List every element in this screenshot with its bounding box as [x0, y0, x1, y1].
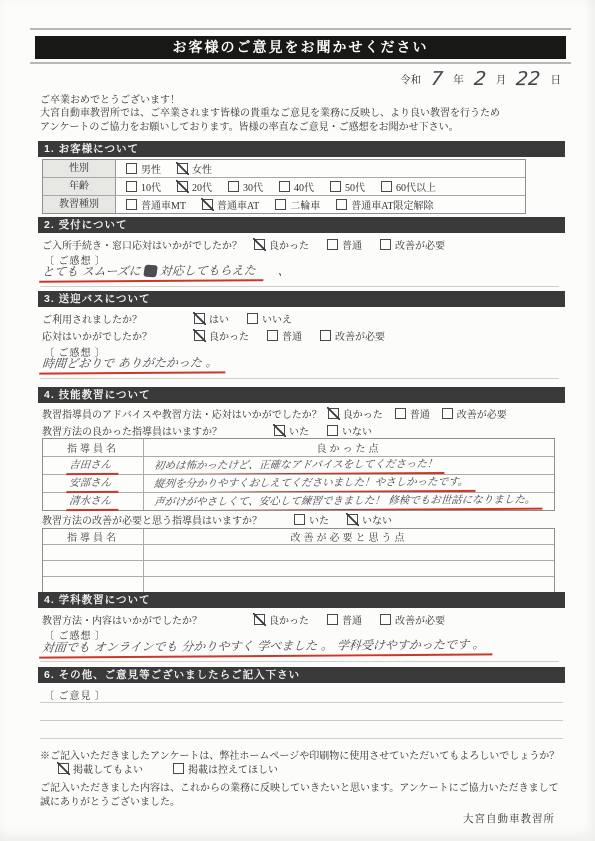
date-month-value: 2: [473, 68, 487, 90]
publication-permission-options: 掲載してもよい掲載は控えてほしい: [58, 761, 308, 776]
choice-改善が必要: 改善が必要: [442, 406, 507, 421]
comment-text: 対応してもらえた: [159, 263, 256, 278]
choice-男性: 男性: [126, 161, 161, 176]
checked-checkbox-icon: [194, 330, 205, 341]
choice-label: いた: [289, 423, 309, 438]
date-day-unit: 日: [551, 72, 562, 87]
skill-improve-question: 教習方法の改善が必要と思う指導員はいますか？: [42, 512, 282, 527]
checked-checkbox-icon: [347, 514, 358, 525]
choice-label: 二輪車: [290, 197, 320, 212]
choice-40代: 40代: [279, 179, 314, 194]
choice-label: 20代: [192, 179, 212, 194]
empty-checkbox-icon: [381, 181, 392, 192]
choice-普通車AT限定解除: 普通車AT限定解除: [336, 197, 433, 212]
date-line: 令和 7 年 2 月 22 日: [400, 66, 561, 88]
comment-cell: [144, 545, 554, 560]
academic-comment-area: 対面でも オンラインでも 分かりやすく 学べました 。 学科受けやすかったです …: [40, 637, 559, 662]
choice-良かった: 良かった: [254, 237, 309, 252]
choice-改善が必要: 改善が必要: [320, 328, 385, 343]
academic-options: 良かった普通改善が必要: [254, 612, 463, 627]
choice-普通: 普通: [327, 237, 362, 252]
table-row: [43, 576, 554, 592]
section-heading-skill: 4. 技能教習について: [38, 387, 565, 403]
attribute-options: 10代20代30代40代50代60代以上: [116, 178, 452, 195]
intro-line: 大宮自動車教習所では、ご卒業されます皆様の貴重なご意見を業務に反映し、より良い教…: [40, 107, 563, 120]
skill-advice-line: 教習指導員のアドバイスや教習方法・応対はいかがでしたか？ 良かった普通改善が必要: [42, 406, 563, 421]
shuttle-use-question: ご利用されましたか？: [42, 311, 182, 326]
comment-cell: 声がけがやさしくて、安心して練習できました！ 修検でもお世話になりました。: [144, 493, 554, 510]
section-heading-shuttle: 3. 送迎バスについて: [38, 291, 565, 307]
column-header-name: 指導員名: [43, 529, 144, 544]
empty-checkbox-icon: [320, 330, 331, 341]
section-heading-reception: 2. 受付について: [38, 217, 565, 233]
choice-label: 30代: [243, 179, 263, 194]
checked-checkbox-icon: [177, 181, 188, 192]
comment-cell: 縦列を分かりやすくおしえてくださいました！やさしかったです。: [144, 475, 554, 492]
comment-text: とても スムーズに: [41, 264, 141, 279]
academic-question-line: 教習方法・内容はいかがでしたか？ 良かった普通改善が必要: [42, 612, 563, 627]
choice-label: 改善が必要: [335, 328, 385, 343]
empty-checkbox-icon: [279, 181, 290, 192]
table-row: [43, 544, 554, 560]
shuttle-use-line: ご利用されましたか？ はいいいえ: [42, 311, 563, 326]
shuttle-service-question: 応対はいかがでしたか？: [42, 328, 182, 343]
attribute-options: 普通車MT普通車AT二輪車普通車AT限定解除: [116, 196, 449, 213]
choice-二輪車: 二輪車: [275, 197, 320, 212]
checked-checkbox-icon: [328, 408, 339, 419]
attribute-options: 男性女性: [116, 160, 228, 177]
attribute-label: 性別: [43, 160, 116, 177]
school-signature: 大宮自動車教習所: [463, 811, 555, 826]
choice-掲載してもよい: 掲載してもよい: [58, 761, 143, 776]
choice-label: 改善が必要: [395, 612, 445, 627]
choice-label: 40代: [294, 179, 314, 194]
choice-label: 50代: [345, 179, 365, 194]
choice-label: 良かった: [343, 406, 383, 421]
checked-checkbox-icon: [202, 199, 213, 210]
choice-いた: いた: [274, 423, 309, 438]
reception-question: ご入所手続き・窓口応対はいかがでしたか？: [42, 237, 242, 252]
table-row: 清水さん声がけがやさしくて、安心して練習できました！ 修検でもお世話になりました…: [43, 492, 554, 510]
table-row: [43, 560, 554, 576]
skill-improve-line: 教習方法の改善が必要と思う指導員はいますか？ いたいない: [42, 512, 563, 527]
choice-label: 普通車MT: [141, 197, 186, 212]
date-year-unit: 年: [453, 72, 464, 87]
shuttle-service-options: 良かった普通改善が必要: [194, 328, 403, 343]
choice-良かった: 良かった: [254, 612, 309, 627]
closing-text: ご記入いただきました内容は、これからの業務に反映していきたいと思います。アンケー…: [40, 782, 563, 809]
empty-checkbox-icon: [126, 199, 137, 210]
empty-checkbox-icon: [327, 239, 338, 250]
choice-label: はい: [209, 311, 229, 326]
empty-checkbox-icon: [380, 614, 391, 625]
empty-checkbox-icon: [126, 181, 137, 192]
empty-checkbox-icon: [267, 330, 278, 341]
good-instructor-table: 指導員名良かった点吉田さん初めは怖かったけど、正確なアドバイスをしてくださった！…: [42, 438, 555, 511]
table-row: 安部さん縦列を分かりやすくおしえてくださいました！やさしかったです。: [43, 474, 554, 492]
shuttle-service-line: 応対はいかがでしたか？ 良かった普通改善が必要: [42, 328, 563, 343]
empty-checkbox-icon: [395, 408, 406, 419]
checked-checkbox-icon: [194, 313, 205, 324]
choice-普通車MT: 普通車MT: [126, 197, 186, 212]
choice-label: 10代: [141, 179, 161, 194]
empty-checkbox-icon: [275, 199, 286, 210]
comment-cell: [144, 577, 554, 592]
choice-label: 掲載してもよい: [73, 761, 143, 776]
column-header-name: 指導員名: [43, 439, 144, 456]
date-era-label: 令和: [400, 72, 421, 87]
empty-checkbox-icon: [330, 181, 341, 192]
choice-いない: いない: [347, 512, 392, 527]
intro-text: ご卒業おめでとうございます！ 大宮自動車教習所では、ご卒業されます皆様の貴重なご…: [40, 94, 563, 134]
choice-label: 60代以上: [396, 179, 436, 194]
choice-label: 女性: [192, 161, 212, 176]
skill-advice-question: 教習指導員のアドバイスや教習方法・応対はいかがでしたか？: [42, 406, 322, 421]
choice-普通: 普通: [327, 612, 362, 627]
empty-checkbox-icon: [247, 313, 258, 324]
choice-30代: 30代: [228, 179, 263, 194]
choice-label: 掲載は控えてほしい: [188, 761, 278, 776]
table-header-row: 指導員名改善が必要と思う点: [43, 529, 554, 544]
ruled-line: [40, 702, 563, 703]
empty-checkbox-icon: [442, 408, 453, 419]
instructor-name-cell: [43, 545, 144, 560]
choice-label: 普通: [342, 612, 362, 627]
choice-普通: 普通: [267, 328, 302, 343]
skill-good-options: いたいない: [274, 423, 390, 438]
attribute-label: 教習種別: [43, 196, 116, 213]
reception-options: 良かった普通改善が必要: [254, 237, 463, 252]
intro-line: アンケートのご協力をお願いしております。皆様の率直なご意見・ご感想をお聞かせ下さ…: [40, 121, 563, 134]
reception-question-line: ご入所手続き・窓口応対はいかがでしたか？ 良かった普通改善が必要: [42, 237, 563, 252]
choice-女性: 女性: [177, 161, 212, 176]
section-heading-other: 6. その他、ご意見等ございましたらご記入下さい: [38, 667, 565, 683]
shuttle-use-options: はいいいえ: [194, 311, 310, 326]
date-day-value: 22: [515, 68, 541, 90]
instructor-name-cell: 清水さん: [43, 493, 144, 510]
choice-いいえ: いいえ: [247, 311, 292, 326]
choice-label: 普通車AT: [217, 197, 259, 212]
date-year-value: 7: [430, 68, 444, 90]
handwritten-comment: 初めは怖かったけど、正確なアドバイスをしてくださった！: [151, 457, 446, 474]
choice-label: 改善が必要: [457, 406, 507, 421]
choice-label: 良かった: [269, 237, 309, 252]
attribute-label: 年齢: [43, 178, 116, 195]
intro-line: ご卒業おめでとうございます！: [40, 94, 563, 107]
academic-question: 教習方法・内容はいかがでしたか？: [42, 612, 242, 627]
choice-はい: はい: [194, 311, 229, 326]
instructor-name-cell: 安部さん: [43, 475, 144, 492]
skill-advice-options: 良かった普通改善が必要: [328, 406, 519, 421]
empty-checkbox-icon: [336, 199, 347, 210]
skill-good-question: 教習方法の良かった指導員はいますか？: [42, 423, 262, 438]
scanned-survey-page: お客様のご意見をお聞かせください 令和 7 年 2 月 22 日 ご卒業おめでと…: [0, 0, 595, 841]
publication-permission-question: ※ご記入いただきましたアンケートは、弊社ホームページや印刷物に使用させていただい…: [40, 747, 563, 762]
choice-60代以上: 60代以上: [381, 179, 436, 194]
choice-label: いない: [362, 512, 392, 527]
academic-handwritten-comment: 対面でも オンラインでも 分かりやすく 学べました 。 学科受けやすかったです …: [39, 635, 493, 658]
section-heading-customer: 1. お客様について: [38, 141, 565, 157]
choice-label: いない: [342, 423, 372, 438]
choice-50代: 50代: [330, 179, 365, 194]
column-header-points: 良かった点: [144, 439, 554, 456]
choice-改善が必要: 改善が必要: [380, 237, 445, 252]
column-header-points: 改善が必要と思う点: [144, 529, 554, 544]
choice-label: 普通: [342, 237, 362, 252]
shuttle-comment-area: 時間どおりで ありがたかった 。: [40, 354, 559, 379]
choice-label: 男性: [141, 161, 161, 176]
empty-checkbox-icon: [294, 514, 305, 525]
handwritten-instructor-name: 吉田さん: [66, 456, 119, 474]
customer-attributes-table: 性別男性女性年齢10代20代30代40代50代60代以上教習種別普通車MT普通車…: [42, 159, 526, 214]
skill-good-line: 教習方法の良かった指導員はいますか？ いたいない: [42, 423, 563, 438]
reception-handwritten-comment: とても スムーズに対応してもらえた: [39, 261, 264, 283]
choice-label: 普通車AT限定解除: [351, 197, 433, 212]
scribbled-out-character: [143, 265, 158, 278]
choice-label: 普通: [410, 406, 430, 421]
handwritten-comment: 縦列を分かりやすくおしえてくださいました！やさしかったです。: [151, 475, 477, 492]
checked-checkbox-icon: [274, 425, 285, 436]
choice-10代: 10代: [126, 179, 161, 194]
choice-改善が必要: 改善が必要: [380, 612, 445, 627]
choice-label: 普通: [282, 328, 302, 343]
empty-checkbox-icon: [228, 181, 239, 192]
choice-label: いた: [309, 512, 329, 527]
survey-title-bar: お客様のご意見をお聞かせください: [35, 36, 566, 59]
table-header-row: 指導員名良かった点: [43, 439, 554, 456]
choice-いた: いた: [294, 512, 329, 527]
reception-comment-area: とても スムーズに対応してもらえた、: [40, 262, 559, 287]
choice-label: 改善が必要: [395, 237, 445, 252]
attribute-row: 年齢10代20代30代40代50代60代以上: [43, 177, 525, 195]
divider-under-title: [30, 62, 571, 64]
choice-いない: いない: [327, 423, 372, 438]
checked-checkbox-icon: [254, 239, 265, 250]
survey-title: お客様のご意見をお聞かせください: [173, 39, 429, 55]
handwritten-instructor-name: 安部さん: [66, 474, 119, 492]
choice-20代: 20代: [177, 179, 212, 194]
handwritten-instructor-name: 清水さん: [66, 492, 119, 510]
handwritten-comment: 声がけがやさしくて、安心して練習できました！ 修検でもお世話になりました。: [151, 493, 544, 510]
instructor-name-cell: 吉田さん: [43, 457, 144, 474]
comment-cell: 初めは怖かったけど、正確なアドバイスをしてくださった！: [144, 457, 554, 474]
choice-普通車AT: 普通車AT: [202, 197, 259, 212]
instructor-name-cell: [43, 577, 144, 592]
ruled-line: [40, 720, 563, 721]
choice-良かった: 良かった: [328, 406, 383, 421]
empty-checkbox-icon: [380, 239, 391, 250]
choice-普通: 普通: [395, 406, 430, 421]
choice-label: 良かった: [269, 612, 309, 627]
table-row: 吉田さん初めは怖かったけど、正確なアドバイスをしてくださった！: [43, 456, 554, 474]
empty-checkbox-icon: [327, 425, 338, 436]
improve-instructor-table: 指導員名改善が必要と思う点: [42, 528, 555, 593]
empty-checkbox-icon: [126, 163, 137, 174]
checked-checkbox-icon: [254, 614, 265, 625]
date-month-unit: 月: [496, 72, 507, 87]
choice-良かった: 良かった: [194, 328, 249, 343]
choice-label: 良かった: [209, 328, 249, 343]
shuttle-handwritten-comment: 時間どおりで ありがたかった 。: [39, 353, 226, 374]
instructor-name-cell: [43, 561, 144, 576]
stray-pen-mark: 、: [277, 262, 290, 279]
checked-checkbox-icon: [177, 163, 188, 174]
skill-improve-options: いたいない: [294, 512, 410, 527]
choice-掲載は控えてほしい: 掲載は控えてほしい: [173, 761, 278, 776]
empty-checkbox-icon: [327, 614, 338, 625]
attribute-row: 性別男性女性: [43, 160, 525, 177]
section-heading-academic: 4. 学科教習について: [38, 592, 565, 608]
comment-cell: [144, 561, 554, 576]
ruled-line: [40, 738, 563, 739]
choice-label: いいえ: [262, 311, 292, 326]
empty-checkbox-icon: [173, 763, 184, 774]
other-comment-label: 〔 ご意見 〕: [44, 687, 106, 702]
divider-top: [30, 28, 571, 30]
checked-checkbox-icon: [58, 763, 69, 774]
attribute-row: 教習種別普通車MT普通車AT二輪車普通車AT限定解除: [43, 195, 525, 213]
